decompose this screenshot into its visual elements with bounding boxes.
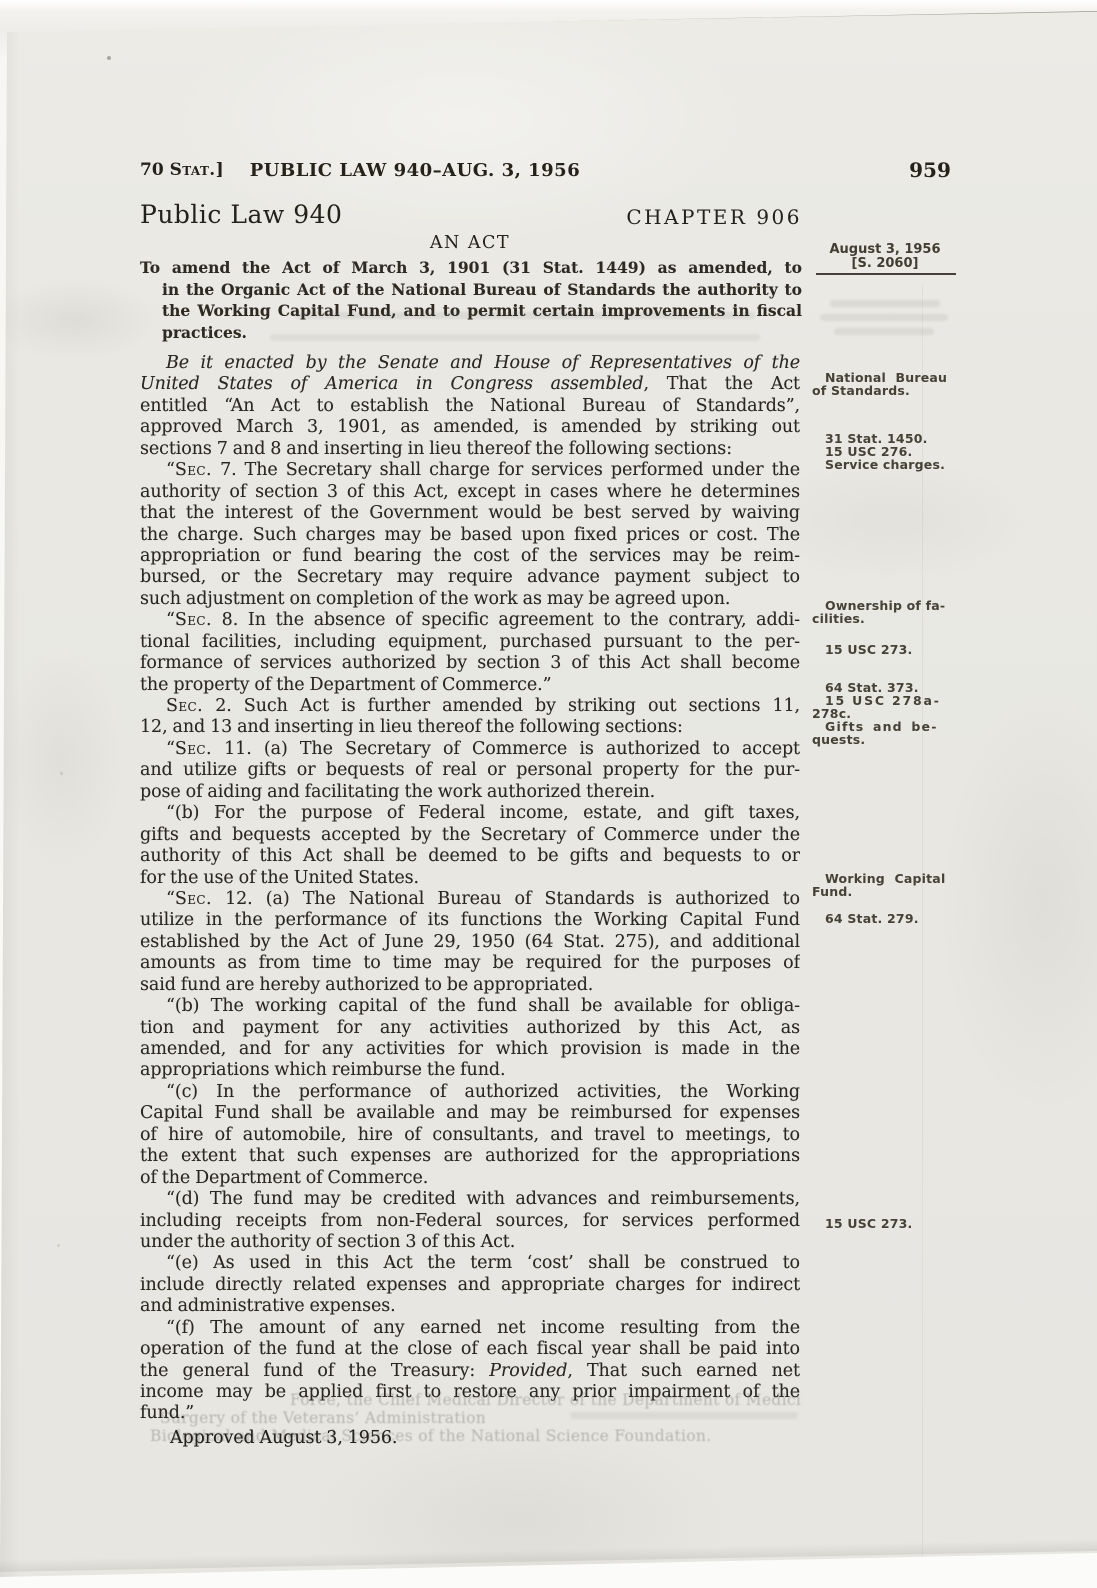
body-text: Be it enacted by the Senate and House of… [140, 353, 800, 1449]
text-segment: the extent that such expenses are author… [140, 1146, 800, 1166]
text-segment: “(d) The fund may be credited with advan… [166, 1189, 800, 1209]
body-line: tion and payment for any activities auth… [140, 1018, 800, 1039]
bill-number: [S. 2060] [812, 257, 958, 271]
text-segment: utilize in the performance of its functi… [140, 910, 800, 930]
text-segment: such adjustment on completion of the wor… [140, 589, 730, 609]
margin-note-line: quests. [812, 733, 960, 746]
ink-speck [60, 772, 63, 775]
text-segment: include directly related expenses and ap… [140, 1275, 800, 1295]
scan-top-edge [0, 10, 1097, 31]
body-line: “(b) The working capital of the fund sha… [140, 996, 800, 1017]
body-line: established by the Act of June 29, 1950 … [140, 932, 800, 953]
body-line: of the Department of Commerce. [140, 1168, 800, 1189]
scan-bottom-shadow [0, 1539, 1097, 1572]
body-line: “Sec. 11. (a) The Secretary of Commerce … [140, 739, 800, 760]
text-segment: including receipts from non-Federal sour… [140, 1211, 800, 1231]
body-line: “(f) The amount of any earned net income… [140, 1318, 800, 1339]
body-line: “(b) For the purpose of Federal income, … [140, 803, 800, 824]
body-line: sections 7 and 8 and inserting in lieu t… [140, 439, 800, 460]
text-segment: “(e) As used in this Act the term ‘cost’… [166, 1253, 800, 1273]
bleedthrough-artifact [570, 1412, 798, 1419]
text-segment: sections 7 and 8 and inserting in lieu t… [140, 439, 732, 459]
body-line: approved March 3, 1901, as amended, is a… [140, 417, 800, 438]
text-segment: “(b) For the purpose of Federal income, … [166, 803, 800, 823]
body-line: “(e) As used in this Act the term ‘cost’… [140, 1253, 800, 1274]
margin-note-line: Fund. [812, 885, 960, 898]
text-segment: said fund are hereby authorized to be ap… [140, 975, 593, 995]
text-segment: 11. (a) The Secretary of Commerce is aut… [212, 739, 800, 759]
bleedthrough-text: Biological and Medical Sciences of the N… [150, 1427, 800, 1445]
body-line: the property of the Department of Commer… [140, 675, 800, 696]
body-line: tional facilities, including equipment, … [140, 632, 800, 653]
text-segment: 8. In the absence of specific agreement … [212, 610, 800, 630]
bleedthrough-artifact [270, 334, 760, 341]
text-segment: established by the Act of June 29, 1950 … [140, 932, 800, 952]
act-title: To amend the Act of March 3, 1901 (31 St… [140, 257, 802, 343]
text-segment: 7. The Secretary shall charge for servic… [212, 460, 800, 480]
page-fold-line [922, 285, 923, 1560]
body-line: formance of services authorized by secti… [140, 653, 800, 674]
text-segment: tion and payment for any activities auth… [140, 1018, 800, 1038]
italic-text: United States of America in Congress ass… [140, 374, 643, 394]
margin-note-line: 64 Stat. 279. [812, 912, 960, 925]
text-segment: gifts and bequests accepted by the Secre… [140, 825, 800, 845]
italic-text: Be it enacted by the Senate and House of… [166, 353, 800, 373]
body-line: utilize in the performance of its functi… [140, 910, 800, 931]
body-line: “Sec. 7. The Secretary shall charge for … [140, 460, 800, 481]
bleedthrough-artifact [820, 314, 948, 321]
section-label: Sec. [175, 739, 212, 759]
margin-note-line: cilities. [812, 612, 960, 625]
margin-note: Ownership of fa-cilities. [812, 599, 960, 625]
margin-note-line: 15 USC 273. [812, 643, 960, 656]
date-rule [816, 273, 956, 275]
body-line: appropriation or fund bearing the cost o… [140, 546, 800, 567]
text-segment: 12, and 13 and inserting in lieu thereof… [140, 717, 683, 737]
ink-speck [57, 1244, 60, 1247]
body-line: under the authority of section 3 of this… [140, 1232, 800, 1253]
section-label: Sec. [175, 610, 212, 630]
margin-note: 15 USC 273. [812, 1217, 960, 1230]
text-segment: the property of the Department of Commer… [140, 675, 551, 695]
body-line: the charge. Such charges may be based up… [140, 525, 800, 546]
page-number: 959 [900, 158, 960, 182]
chapter-heading: CHAPTER 906 [540, 205, 802, 229]
text-segment: bursed, or the Secretary may require adv… [140, 567, 800, 587]
body-line: “Sec. 12. (a) The National Bureau of Sta… [140, 889, 800, 910]
bleedthrough-artifact [295, 312, 755, 319]
text-segment: appropriation or fund bearing the cost o… [140, 546, 800, 566]
date-note: August 3, 1956 [S. 2060] [812, 243, 958, 270]
body-line: operation of the fund at the close of ea… [140, 1339, 800, 1360]
text-segment: the general fund of the Treasury: [140, 1361, 489, 1381]
text-segment: of hire of automobile, hire of consultan… [140, 1125, 800, 1145]
body-line: include directly related expenses and ap… [140, 1275, 800, 1296]
text-segment: appropriations which reimburse the fund. [140, 1060, 505, 1080]
margin-note: 64 Stat. 279. [812, 912, 960, 925]
text-segment: amended, and for any activities for whic… [140, 1039, 800, 1059]
text-segment: entitled “An Act to establish the Nation… [140, 396, 800, 416]
ink-speck [107, 56, 111, 60]
text-segment: approved March 3, 1901, as amended, is a… [140, 417, 800, 437]
body-line: entitled “An Act to establish the Nation… [140, 396, 800, 417]
text-segment: authority of this Act shall be deemed to… [140, 846, 800, 866]
text-segment: “ [166, 460, 175, 480]
act-title-line: To amend the Act of March 3, 1901 (31 St… [140, 257, 802, 279]
margin-note: National Bureauof Standards. [812, 371, 960, 397]
text-segment: 2. Such Act is further amended by striki… [203, 696, 800, 716]
bleedthrough-text: Force, the Chief Medical Director of the… [290, 1391, 802, 1409]
paper-background: 70 Stat.] PUBLIC LAW 940–AUG. 3, 1956 95… [0, 0, 1097, 1588]
body-line: amended, and for any activities for whic… [140, 1039, 800, 1060]
text-segment: 12. (a) The National Bureau of Standards… [212, 889, 800, 909]
body-line: including receipts from non-Federal sour… [140, 1211, 800, 1232]
body-line: appropriations which reimburse the fund. [140, 1060, 800, 1081]
enactment-date: August 3, 1956 [812, 243, 958, 257]
body-line: such adjustment on completion of the wor… [140, 589, 800, 610]
body-line: Capital Fund shall be available and may … [140, 1103, 800, 1124]
text-segment: tional facilities, including equipment, … [140, 632, 800, 652]
margin-note: Working CapitalFund. [812, 872, 960, 898]
text-segment: for the use of the United States. [140, 868, 419, 888]
bleedthrough-artifact [834, 328, 934, 335]
body-line: for the use of the United States. [140, 868, 800, 889]
text-segment: “(c) In the performance of authorized ac… [166, 1082, 800, 1102]
body-line: that the interest of the Government woul… [140, 503, 800, 524]
body-line: and administrative expenses. [140, 1296, 800, 1317]
text-segment: Capital Fund shall be available and may … [140, 1103, 800, 1123]
margin-note-line: Service charges. [812, 458, 960, 471]
margin-note-line: 15 USC 273. [812, 1217, 960, 1230]
section-label: Sec. [166, 696, 203, 716]
text-segment: and administrative expenses. [140, 1296, 396, 1316]
body-line: and utilize gifts or bequests of real or… [140, 760, 800, 781]
margin-note: 31 Stat. 1450.15 USC 276.Service charges… [812, 432, 960, 471]
section-label: Sec. [175, 889, 212, 909]
text-segment: “ [166, 610, 175, 630]
text-segment: of the Department of Commerce. [140, 1168, 428, 1188]
body-line: the extent that such expenses are author… [140, 1146, 800, 1167]
text-segment: “(b) The working capital of the fund sha… [166, 996, 800, 1016]
body-line: Sec. 2. Such Act is further amended by s… [140, 696, 800, 717]
body-line: gifts and bequests accepted by the Secre… [140, 825, 800, 846]
body-line: authority of this Act shall be deemed to… [140, 846, 800, 867]
text-segment: , That the Act [643, 374, 800, 394]
scanned-statute-page: { "header": { "stat_prefix": "70 ", "sta… [0, 0, 1097, 1588]
text-segment: amounts as from time to time may be requ… [140, 953, 800, 973]
body-line: bursed, or the Secretary may require adv… [140, 567, 800, 588]
body-line: “(d) The fund may be credited with advan… [140, 1189, 800, 1210]
body-line: the general fund of the Treasury: Provid… [140, 1361, 800, 1382]
body-line: of hire of automobile, hire of consultan… [140, 1125, 800, 1146]
public-law-heading: Public Law 940 [140, 200, 342, 229]
section-label: Sec. [175, 460, 212, 480]
body-line: pose of aiding and facilitating the work… [140, 782, 800, 803]
margin-note: 64 Stat. 373.15 USC 278a-278c.Gifts and … [812, 681, 960, 746]
text-segment: that the interest of the Government woul… [140, 503, 800, 523]
body-line: said fund are hereby authorized to be ap… [140, 975, 800, 996]
bleedthrough-text: Surgery of the Veterans’ Administration [160, 1409, 570, 1427]
act-title-line: in the Organic Act of the National Burea… [140, 279, 802, 301]
body-line: “(c) In the performance of authorized ac… [140, 1082, 800, 1103]
text-segment: authority of section 3 of this Act, exce… [140, 482, 800, 502]
body-line: authority of section 3 of this Act, exce… [140, 482, 800, 503]
body-line: “Sec. 8. In the absence of specific agre… [140, 610, 800, 631]
text-segment: operation of the fund at the close of ea… [140, 1339, 800, 1359]
text-segment: , That such earned net [567, 1361, 800, 1381]
italic-text: Provided [489, 1361, 567, 1381]
body-line: 12, and 13 and inserting in lieu thereof… [140, 717, 800, 738]
text-segment: “ [166, 739, 175, 759]
text-segment: “(f) The amount of any earned net income… [166, 1318, 800, 1338]
body-line: amounts as from time to time may be requ… [140, 953, 800, 974]
body-line: Be it enacted by the Senate and House of… [140, 353, 800, 374]
text-segment: pose of aiding and facilitating the work… [140, 782, 655, 802]
margin-note: 15 USC 273. [812, 643, 960, 656]
text-segment: formance of services authorized by secti… [140, 653, 800, 673]
text-segment: “ [166, 889, 175, 909]
text-segment: the charge. Such charges may be based up… [140, 525, 800, 545]
margin-note-line: of Standards. [812, 384, 960, 397]
running-title: PUBLIC LAW 940–AUG. 3, 1956 [140, 160, 690, 181]
text-segment: under the authority of section 3 of this… [140, 1232, 515, 1252]
bleedthrough-artifact [830, 300, 940, 307]
text-segment: and utilize gifts or bequests of real or… [140, 760, 800, 780]
an-act-heading: AN ACT [140, 233, 800, 253]
body-line: United States of America in Congress ass… [140, 374, 800, 395]
